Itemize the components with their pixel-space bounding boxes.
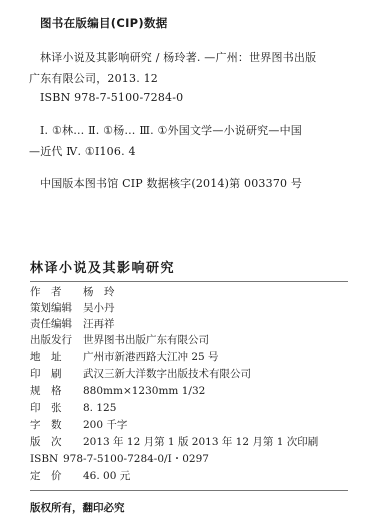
row-value: 广州市新港西路大江冲 25 号	[83, 349, 219, 365]
colophon-row-edition: 版 次2013 年 12 月第 1 版 2013 年 12 月第 1 次印刷	[30, 434, 318, 450]
colophon-row-sheets: 印 张8. 125	[30, 400, 116, 416]
copyright-notice: 版权所有，翻印必究	[30, 500, 125, 515]
cip-classification-line-1: Ⅰ. ①林… Ⅱ. ①杨… Ⅲ. ①外国文学—小说研究—中国	[40, 122, 302, 138]
row-value: 8. 125	[83, 400, 116, 416]
row-label: 定 价	[30, 468, 83, 484]
bottom-divider	[30, 490, 348, 491]
row-label: 地 址	[30, 349, 83, 365]
row-value: 杨 玲	[83, 284, 115, 300]
row-label: 出版发行	[30, 332, 83, 348]
row-value: 46. 00 元	[83, 468, 130, 484]
cip-entry-line-1: 林译小说及其影响研究 / 杨玲著. —广州：世界图书出版	[40, 49, 316, 65]
colophon-row-author: 作 者杨 玲	[30, 284, 115, 300]
row-value: 汪再祥	[83, 316, 115, 332]
colophon-row-publisher: 出版发行世界图书出版广东有限公司	[30, 332, 209, 348]
colophon-row-format: 规 格880mm×1230mm 1/32	[30, 383, 205, 399]
cip-entry-line-2: 广东有限公司，2013. 12	[29, 70, 158, 86]
colophon-row-price: 定 价46. 00 元	[30, 468, 130, 484]
cip-record-number: 中国版本图书馆 CIP 数据核字(2014)第 003370 号	[40, 175, 302, 191]
colophon-row-isbn: ISBN978-7-5100-7284-0/I・0297	[30, 451, 209, 467]
row-value: 2013 年 12 月第 1 版 2013 年 12 月第 1 次印刷	[83, 434, 318, 450]
row-label: ISBN	[30, 451, 63, 467]
row-value: 世界图书出版广东有限公司	[83, 332, 209, 348]
colophon-row-responsible-editor: 责任编辑汪再祥	[30, 316, 115, 332]
row-value: 200 千字	[83, 417, 127, 433]
colophon-row-planning-editor: 策划编辑吴小丹	[30, 300, 115, 316]
row-label: 印 张	[30, 400, 83, 416]
cip-isbn-line: ISBN 978-7-5100-7284-0	[40, 91, 183, 104]
row-label: 作 者	[30, 284, 83, 300]
row-label: 策划编辑	[30, 300, 83, 316]
row-label: 规 格	[30, 383, 83, 399]
row-value: 880mm×1230mm 1/32	[83, 383, 205, 399]
row-label: 字 数	[30, 417, 83, 433]
colophon-row-word-count: 字 数200 千字	[30, 417, 127, 433]
row-label: 责任编辑	[30, 316, 83, 332]
cip-classification-line-2: —近代 Ⅳ. ①I106. 4	[29, 143, 136, 159]
cip-heading: 图书在版编目(CIP)数据	[40, 15, 168, 31]
colophon-row-printer: 印 刷武汉三新大洋数字出版技术有限公司	[30, 366, 251, 382]
row-value: 978-7-5100-7284-0/I・0297	[63, 451, 209, 467]
row-label: 版 次	[30, 434, 83, 450]
row-label: 印 刷	[30, 366, 83, 382]
row-value: 吴小丹	[83, 300, 115, 316]
row-value: 武汉三新大洋数字出版技术有限公司	[83, 366, 251, 382]
colophon-row-address: 地 址广州市新港西路大江冲 25 号	[30, 349, 219, 365]
book-title: 林译小说及其影响研究	[30, 257, 175, 276]
title-divider	[30, 281, 348, 282]
